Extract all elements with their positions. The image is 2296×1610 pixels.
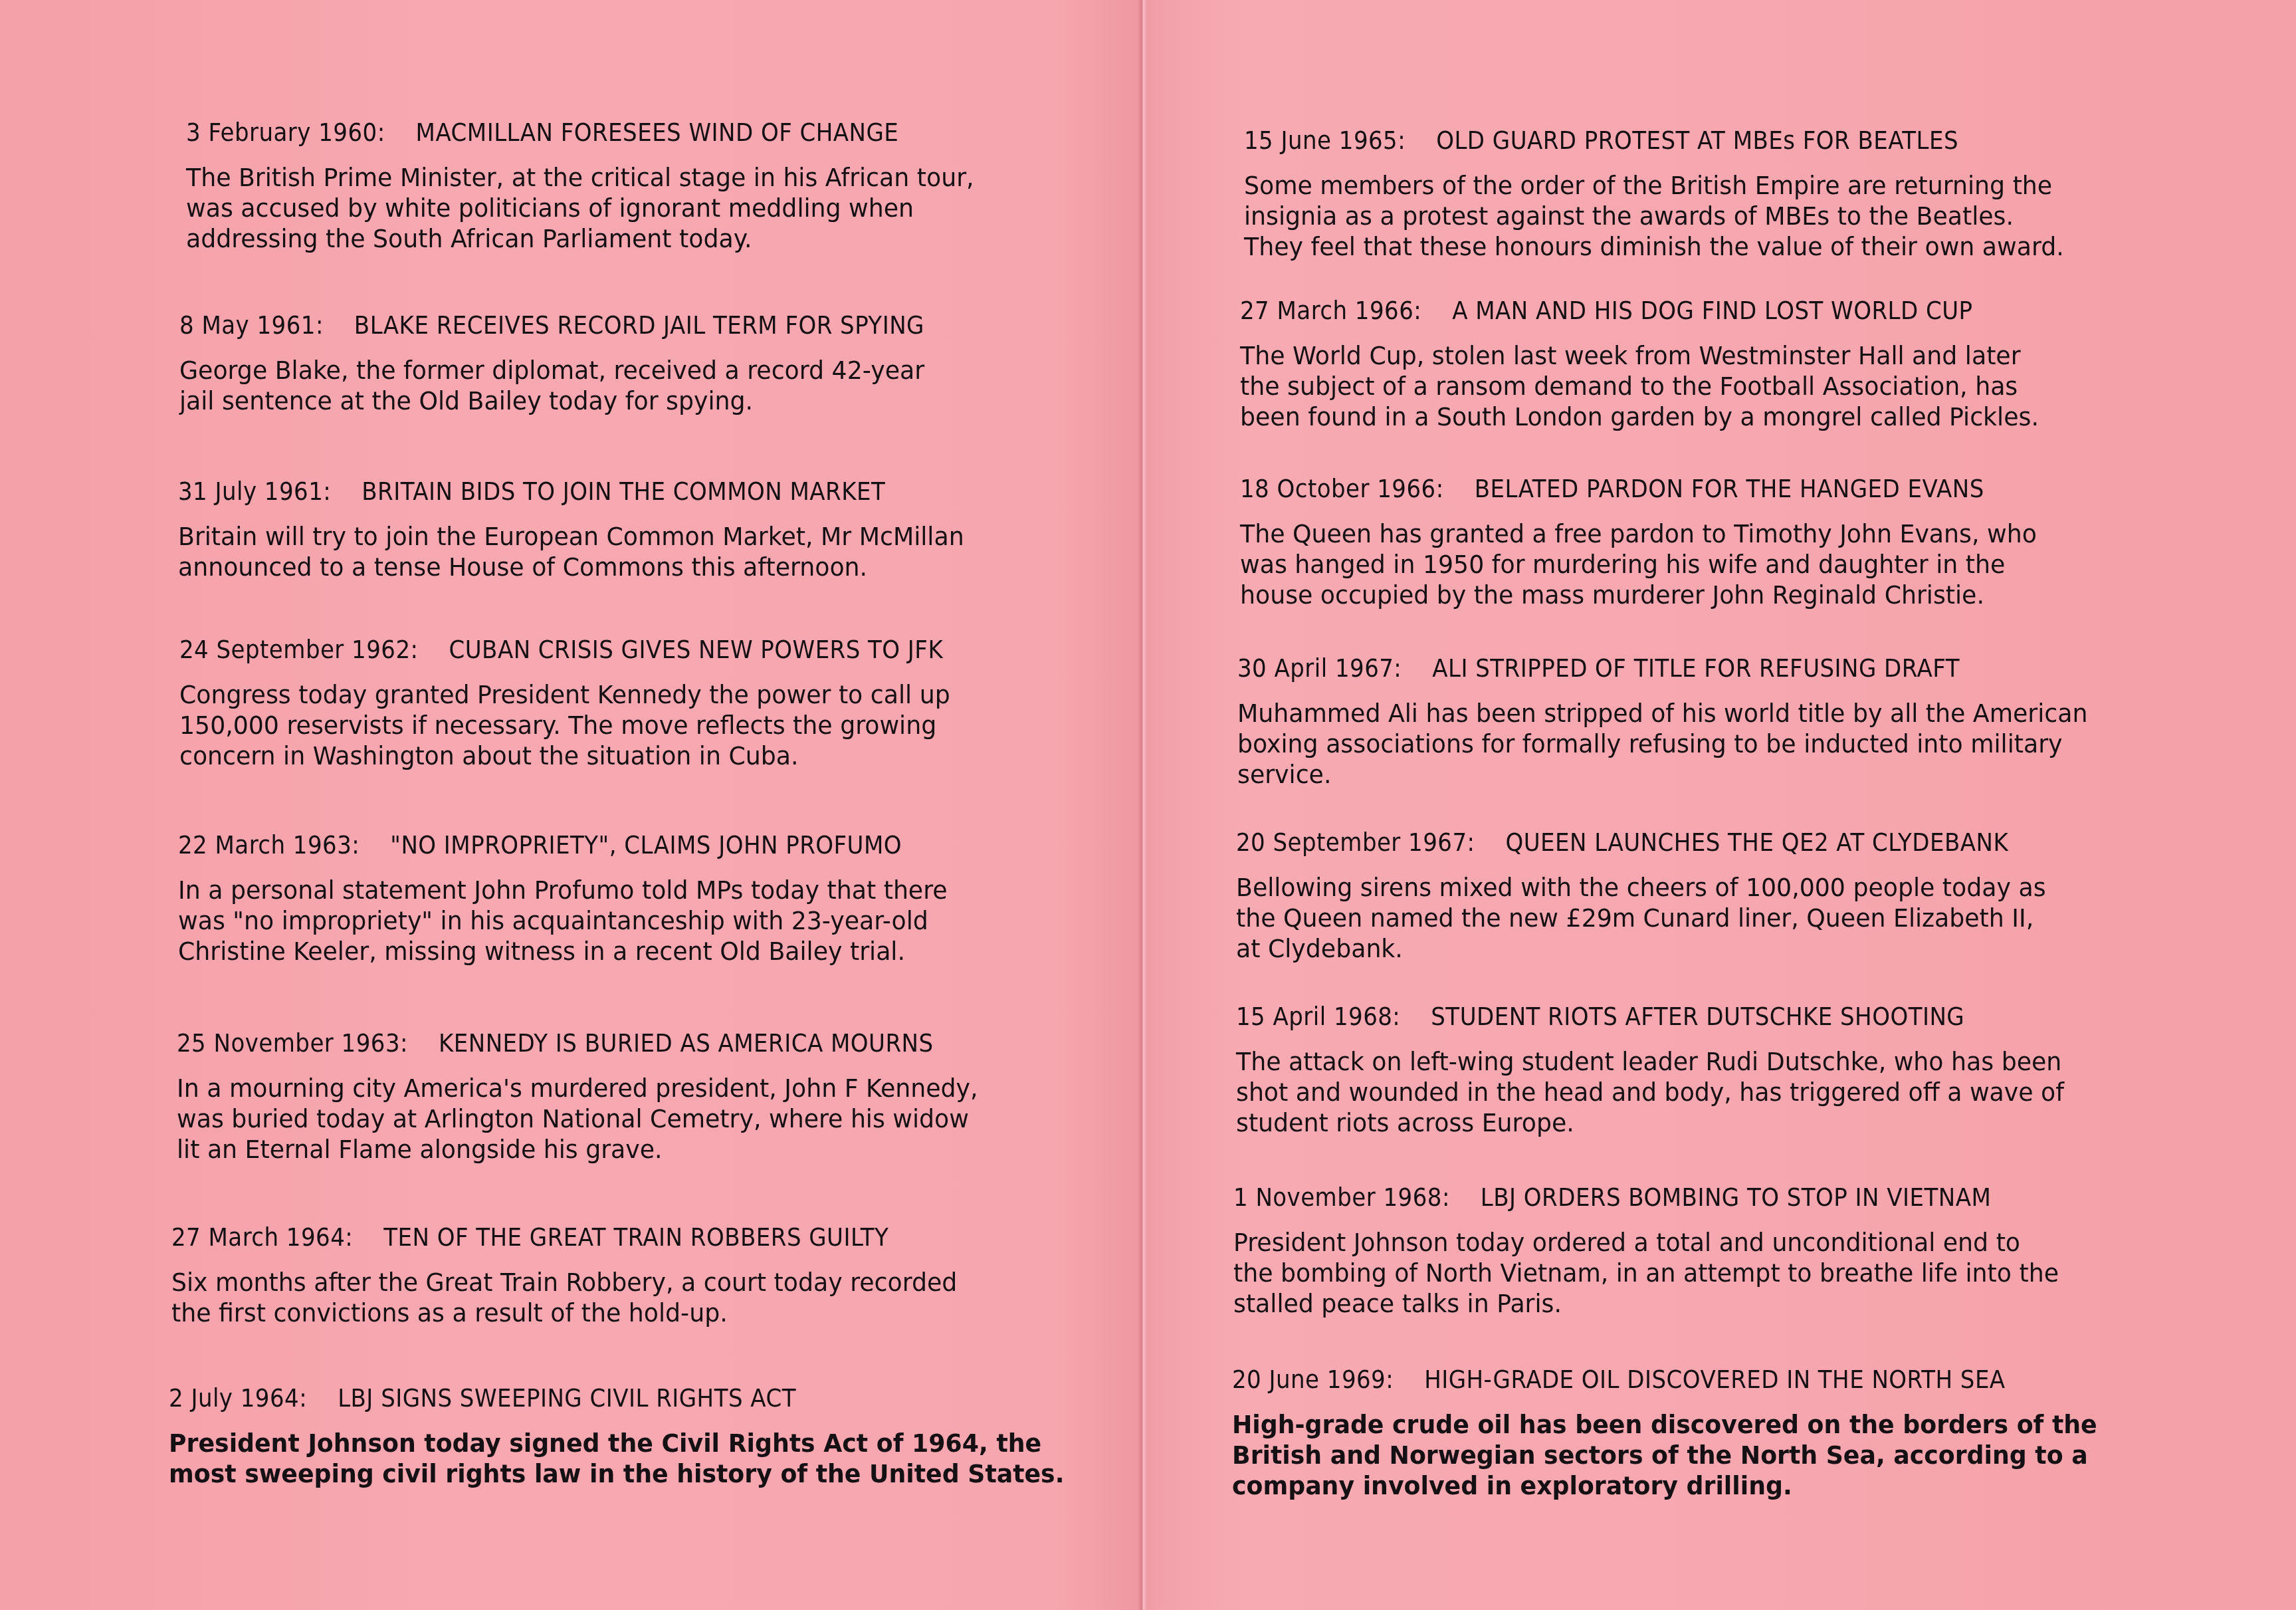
entry-headline-line: 3 February 1960:MACMILLAN FORESEES WIND … — [186, 118, 1103, 147]
entry-date: 18 October 1966: — [1240, 475, 1444, 503]
booklet-spread: 3 February 1960:MACMILLAN FORESEES WIND … — [0, 0, 2296, 1610]
entry-headline-line: 25 November 1963:KENNEDY IS BURIED AS AM… — [177, 1029, 1094, 1058]
entry-1969-north-sea-oil: 20 June 1969:HIGH-GRADE OIL DISCOVERED I… — [1232, 1365, 2229, 1502]
entry-headline: BLAKE RECEIVES RECORD JAIL TERM FOR SPYI… — [354, 311, 924, 340]
entry-1963-kennedy: 25 November 1963:KENNEDY IS BURIED AS AM… — [177, 1029, 1174, 1165]
entry-date: 30 April 1967: — [1237, 654, 1402, 683]
entry-headline-line: 30 April 1967:ALI STRIPPED OF TITLE FOR … — [1237, 654, 2154, 683]
entry-body: Some members of the order of the British… — [1244, 171, 2221, 263]
entry-headline: CUBAN CRISIS GIVES NEW POWERS TO JFK — [449, 635, 943, 664]
entry-headline-line: 8 May 1961:BLAKE RECEIVES RECORD JAIL TE… — [179, 311, 1096, 340]
entry-headline-line: 31 July 1961:BRITAIN BIDS TO JOIN THE CO… — [178, 477, 1095, 506]
entry-headline-line: 2 July 1964:LBJ SIGNS SWEEPING CIVIL RIG… — [169, 1384, 1086, 1413]
entry-date: 22 March 1963: — [178, 831, 360, 860]
entry-headline-line: 15 June 1965:OLD GUARD PROTEST AT MBEs F… — [1244, 126, 2161, 155]
entry-1965-beatles: 15 June 1965:OLD GUARD PROTEST AT MBEs F… — [1244, 126, 2241, 263]
entry-date: 25 November 1963: — [177, 1029, 408, 1058]
entry-headline-line: 15 April 1968:STUDENT RIOTS AFTER DUTSCH… — [1236, 1002, 2153, 1031]
entry-headline: TEN OF THE GREAT TRAIN ROBBERS GUILTY — [383, 1223, 888, 1252]
entry-date: 20 September 1967: — [1236, 828, 1475, 857]
entry-headline: STUDENT RIOTS AFTER DUTSCHKE SHOOTING — [1431, 1002, 1964, 1031]
entry-body: The Queen has granted a free pardon to T… — [1240, 519, 2217, 611]
entry-1964-train-robbers: 27 March 1964:TEN OF THE GREAT TRAIN ROB… — [171, 1223, 1168, 1329]
entry-1962-cuban-crisis: 24 September 1962:CUBAN CRISIS GIVES NEW… — [179, 635, 1176, 772]
entry-date: 2 July 1964: — [169, 1384, 307, 1413]
entry-body: Congress today granted President Kennedy… — [179, 680, 1156, 772]
entry-1960-macmillan: 3 February 1960:MACMILLAN FORESEES WIND … — [186, 118, 1183, 255]
entry-1967-ali: 30 April 1967:ALI STRIPPED OF TITLE FOR … — [1237, 654, 2234, 790]
entry-date: 27 March 1964: — [171, 1223, 353, 1252]
entry-body: High-grade crude oil has been discovered… — [1232, 1410, 2209, 1502]
entry-date: 15 June 1965: — [1244, 126, 1406, 155]
entry-body: The British Prime Minister, at the criti… — [186, 163, 1163, 255]
entry-date: 3 February 1960: — [186, 118, 385, 147]
entry-1968-dutschke: 15 April 1968:STUDENT RIOTS AFTER DUTSCH… — [1236, 1002, 2233, 1139]
entry-body: Britain will try to join the European Co… — [178, 522, 1155, 583]
entry-headline-line: 27 March 1966:A MAN AND HIS DOG FIND LOS… — [1240, 296, 2157, 325]
entry-1967-qe2: 20 September 1967:QUEEN LAUNCHES THE QE2… — [1236, 828, 2233, 965]
entry-headline-line: 27 March 1964:TEN OF THE GREAT TRAIN ROB… — [171, 1223, 1089, 1252]
entry-date: 31 July 1961: — [178, 477, 331, 506]
entry-body: President Johnson today ordered a total … — [1233, 1228, 2210, 1320]
entry-headline: OLD GUARD PROTEST AT MBEs FOR BEATLES — [1436, 126, 1958, 155]
entry-1964-civil-rights: 2 July 1964:LBJ SIGNS SWEEPING CIVIL RIG… — [169, 1384, 1166, 1490]
entry-1966-world-cup: 27 March 1966:A MAN AND HIS DOG FIND LOS… — [1240, 296, 2237, 433]
entry-headline-line: 22 March 1963:"NO IMPROPRIETY", CLAIMS J… — [178, 831, 1095, 860]
entry-date: 24 September 1962: — [179, 635, 418, 664]
entry-1966-evans: 18 October 1966:BELATED PARDON FOR THE H… — [1240, 475, 2237, 611]
entry-body: In a mourning city America's murdered pr… — [177, 1074, 1154, 1165]
entry-date: 1 November 1968: — [1233, 1183, 1450, 1212]
entry-headline: QUEEN LAUNCHES THE QE2 AT CLYDEBANK — [1505, 828, 2008, 857]
entry-headline-line: 20 September 1967:QUEEN LAUNCHES THE QE2… — [1236, 828, 2153, 857]
entry-body: The attack on left-wing student leader R… — [1236, 1047, 2213, 1139]
entry-headline: A MAN AND HIS DOG FIND LOST WORLD CUP — [1452, 296, 1972, 325]
entry-headline-line: 20 June 1969:HIGH-GRADE OIL DISCOVERED I… — [1232, 1365, 2149, 1394]
entry-headline: LBJ SIGNS SWEEPING CIVIL RIGHTS ACT — [338, 1384, 796, 1413]
entry-1961-common-market: 31 July 1961:BRITAIN BIDS TO JOIN THE CO… — [178, 477, 1175, 583]
entry-body: Six months after the Great Train Robbery… — [171, 1268, 1148, 1329]
entry-headline: MACMILLAN FORESEES WIND OF CHANGE — [416, 118, 899, 147]
entry-body: The World Cup, stolen last week from Wes… — [1240, 341, 2217, 433]
entry-headline-line: 18 October 1966:BELATED PARDON FOR THE H… — [1240, 475, 2157, 503]
entry-date: 20 June 1969: — [1232, 1365, 1394, 1394]
entry-1963-profumo: 22 March 1963:"NO IMPROPRIETY", CLAIMS J… — [178, 831, 1175, 967]
entry-1968-vietnam: 1 November 1968:LBJ ORDERS BOMBING TO ST… — [1233, 1183, 2230, 1320]
entry-body: In a personal statement John Profumo tol… — [178, 875, 1155, 967]
entry-body: Muhammed Ali has been stripped of his wo… — [1237, 699, 2214, 790]
entry-body: President Johnson today signed the Civil… — [169, 1429, 1146, 1490]
entry-headline: ALI STRIPPED OF TITLE FOR REFUSING DRAFT — [1432, 654, 1960, 683]
entry-body: Bellowing sirens mixed with the cheers o… — [1236, 873, 2213, 965]
entry-headline-line: 24 September 1962:CUBAN CRISIS GIVES NEW… — [179, 635, 1096, 664]
entry-headline: BELATED PARDON FOR THE HANGED EVANS — [1475, 475, 1984, 503]
entry-date: 27 March 1966: — [1240, 296, 1421, 325]
entry-headline: LBJ ORDERS BOMBING TO STOP IN VIETNAM — [1481, 1183, 1991, 1212]
entry-headline: KENNEDY IS BURIED AS AMERICA MOURNS — [439, 1029, 934, 1058]
entry-body: George Blake, the former diplomat, recei… — [179, 356, 1156, 417]
entry-1961-blake: 8 May 1961:BLAKE RECEIVES RECORD JAIL TE… — [179, 311, 1176, 417]
entry-headline: "NO IMPROPRIETY", CLAIMS JOHN PROFUMO — [390, 831, 902, 860]
entry-date: 8 May 1961: — [179, 311, 324, 340]
entry-headline: HIGH-GRADE OIL DISCOVERED IN THE NORTH S… — [1424, 1365, 2005, 1394]
entry-headline-line: 1 November 1968:LBJ ORDERS BOMBING TO ST… — [1233, 1183, 2150, 1212]
entry-date: 15 April 1968: — [1236, 1002, 1400, 1031]
entry-headline: BRITAIN BIDS TO JOIN THE COMMON MARKET — [362, 477, 885, 506]
